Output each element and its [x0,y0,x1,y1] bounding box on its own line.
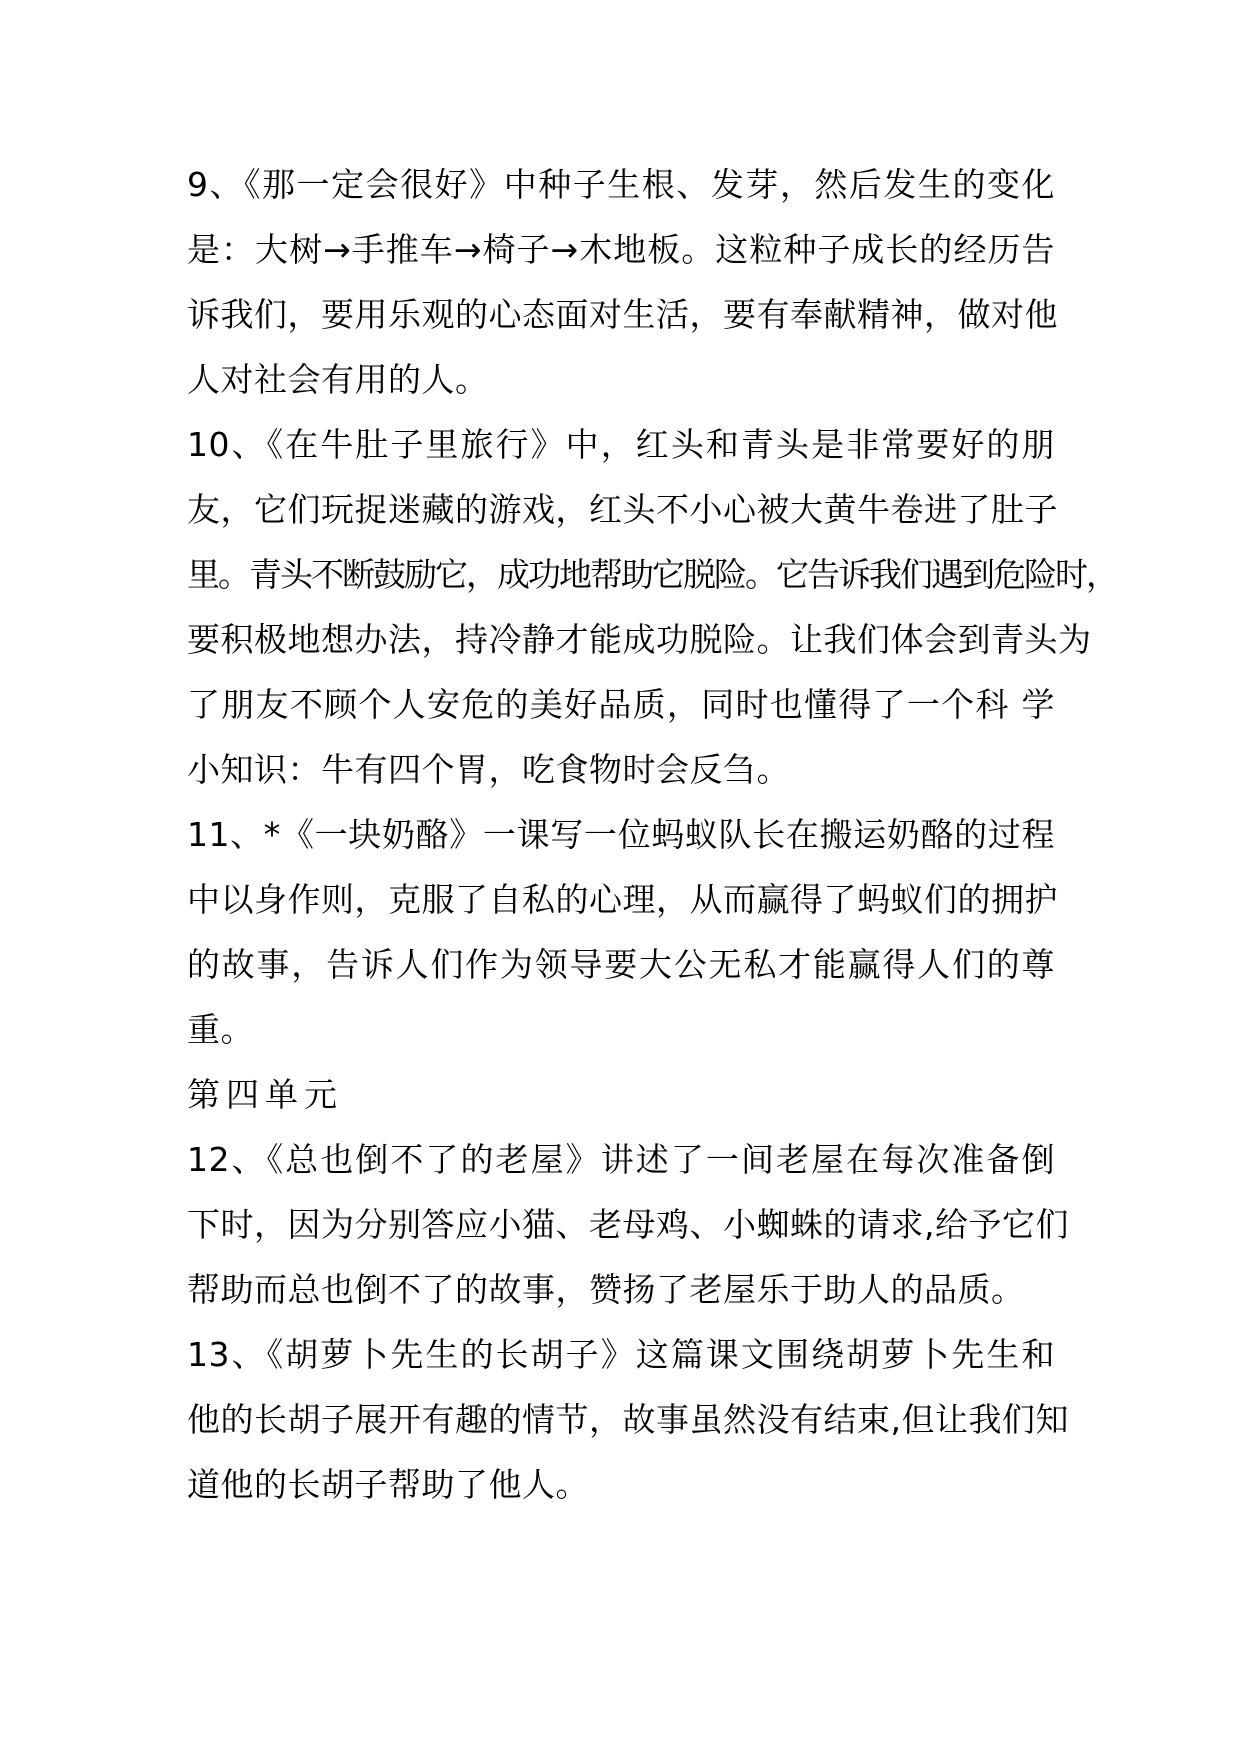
text-line: 帮助而总也倒不了的故事，赞扬了老屋乐于助人的品质。 [187,1257,1067,1322]
text-line: 11、*《一块奶酪》一课写一位蚂蚁队长在搬运奶酪的过程 [187,802,1055,867]
text-line: 诉我们，要用乐观的心态面对生活，要有奉献精神，做对他 [187,282,1055,347]
text-line: 他的长胡子展开有趣的情节，故事虽然没有结束,但让我们知 [187,1387,1055,1452]
text-line: 9、《那一定会很好》中种子生根、发芽，然后发生的变化 [187,152,1055,217]
text-line: 重。 [187,997,1067,1062]
text-line: 12、《总也倒不了的老屋》讲述了一间老屋在每次准备倒 [187,1127,1055,1192]
paragraph-item-12: 12、《总也倒不了的老屋》讲述了一间老屋在每次准备倒 下时，因为分别答应小猫、老… [187,1127,1067,1322]
paragraph-item-9: 9、《那一定会很好》中种子生根、发芽，然后发生的变化 是：大树→手推车→椅子→木… [187,152,1067,412]
section-heading-unit-4: 第四单元 [187,1062,1067,1127]
paragraph-item-11: 11、*《一块奶酪》一课写一位蚂蚁队长在搬运奶酪的过程 中以身作则，克服了自私的… [187,802,1067,1062]
text-line: 了朋友不顾个人安危的美好品质，同时也懂得了一个科 学 [187,672,1055,737]
text-line: 13、《胡萝卜先生的长胡子》这篇课文围绕胡萝卜先生和 [187,1322,1055,1387]
text-line: 中以身作则，克服了自私的心理，从而赢得了蚂蚁们的拥护 [187,867,1055,932]
text-line: 下时，因为分别答应小猫、老母鸡、小蜘蛛的请求,给予它们 [187,1192,1055,1257]
document-page: 9、《那一定会很好》中种子生根、发芽，然后发生的变化 是：大树→手推车→椅子→木… [187,152,1067,1517]
text-line: 里。青头不断鼓励它，成功地帮助它脱险。它告诉我们遇到危险时， [187,542,1055,607]
text-line: 10、《在牛肚子里旅行》中，红头和青头是非常要好的朋 [187,412,1055,477]
text-line: 小知识：牛有四个胃，吃食物时会反刍。 [187,737,1067,802]
section-heading: 第四单元 [187,1062,1067,1127]
text-line: 要积极地想办法，持冷静才能成功脱险。让我们体会到青头为 [187,607,1055,672]
text-line: 是：大树→手推车→椅子→木地板。这粒种子成长的经历告 [187,217,1055,282]
text-line: 道他的长胡子帮助了他人。 [187,1452,1067,1517]
paragraph-item-10: 10、《在牛肚子里旅行》中，红头和青头是非常要好的朋 友，它们玩捉迷藏的游戏，红… [187,412,1067,802]
text-line: 的故事，告诉人们作为领导要大公无私才能赢得人们的尊 [187,932,1055,997]
paragraph-item-13: 13、《胡萝卜先生的长胡子》这篇课文围绕胡萝卜先生和 他的长胡子展开有趣的情节，… [187,1322,1067,1517]
text-line: 友，它们玩捉迷藏的游戏，红头不小心被大黄牛卷进了肚子 [187,477,1055,542]
text-line: 人对社会有用的人。 [187,347,1067,412]
